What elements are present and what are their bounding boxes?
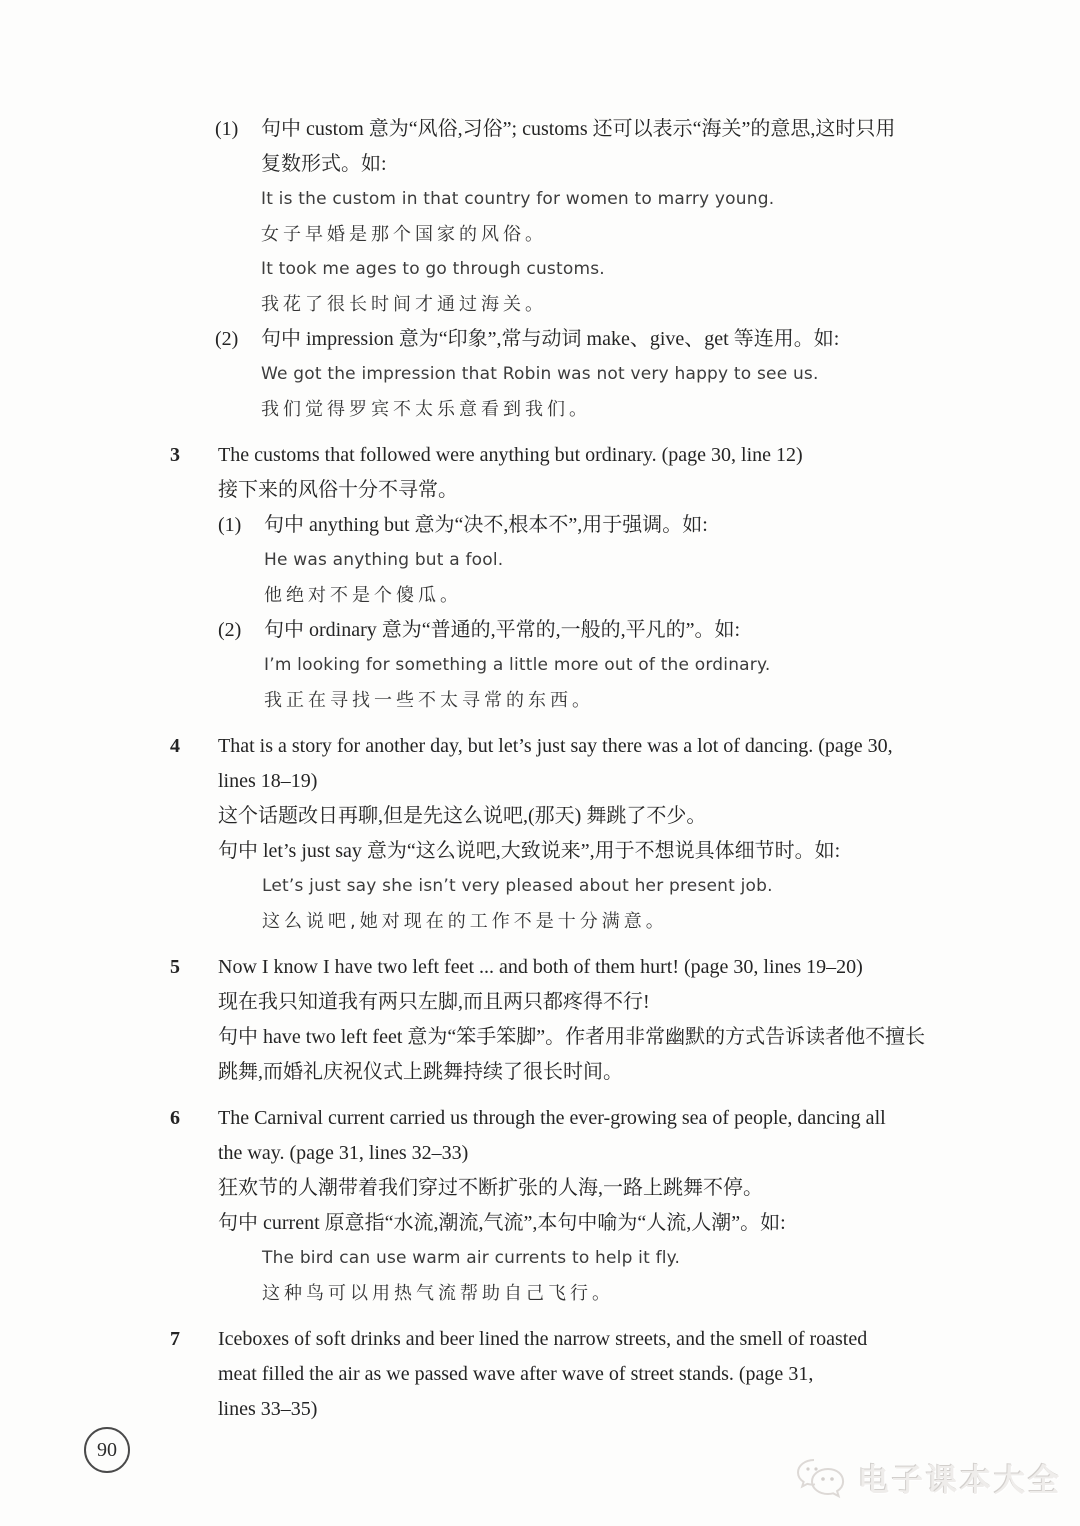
- numbered-item-3: 3 The customs that followed were anythin…: [170, 438, 945, 718]
- source-sentence: meat filled the air as we passed wave af…: [218, 1357, 945, 1392]
- item-number: 3: [170, 438, 218, 718]
- explanation-text: 跳舞,而婚礼庆祝仪式上跳舞持续了很长时间。: [218, 1055, 945, 1090]
- source-sentence: lines 18–19): [218, 764, 945, 799]
- subitem-ordinary: (2) 句中 ordinary 意为“普通的,平常的,一般的,平凡的”。如: I…: [218, 613, 945, 718]
- textbook-page: (1) 句中 custom 意为“风俗,习俗”; customs 还可以表示“海…: [0, 0, 1080, 1526]
- numbered-item-5: 5 Now I know I have two left feet ... an…: [170, 950, 945, 1090]
- subitem-marker: (2): [218, 613, 264, 718]
- sentence-translation: 这个话题改日再聊,但是先这么说吧,(那天) 舞跳了不少。: [218, 799, 945, 834]
- example-sentence-en: We got the impression that Robin was not…: [261, 357, 945, 392]
- explanation-text: 句中 custom 意为“风俗,习俗”; customs 还可以表示“海关”的意…: [261, 112, 945, 147]
- example-sentence-en: He was anything but a fool.: [264, 543, 945, 578]
- numbered-item-6: 6 The Carnival current carried us throug…: [170, 1101, 945, 1311]
- example-sentence-en: I’m looking for something a little more …: [264, 648, 945, 683]
- numbered-item-4: 4 That is a story for another day, but l…: [170, 729, 945, 939]
- explanation-text: 句中 have two left feet 意为“笨手笨脚”。作者用非常幽默的方…: [218, 1020, 945, 1055]
- explanation-text: 句中 anything but 意为“决不,根本不”,用于强调。如:: [264, 508, 945, 543]
- numbered-item-7: 7 Iceboxes of soft drinks and beer lined…: [170, 1322, 945, 1427]
- example-sentence-zh: 我花了很长时间才通过海关。: [261, 287, 945, 322]
- source-sentence: That is a story for another day, but let…: [218, 729, 945, 764]
- subitem-marker: (1): [215, 112, 261, 322]
- sentence-translation: 狂欢节的人潮带着我们穿过不断扩张的人海,一路上跳舞不停。: [218, 1171, 945, 1206]
- explanation-text: 句中 ordinary 意为“普通的,平常的,一般的,平凡的”。如:: [264, 613, 945, 648]
- subitem-custom: (1) 句中 custom 意为“风俗,习俗”; customs 还可以表示“海…: [215, 112, 945, 322]
- example-sentence-en: It took me ages to go through customs.: [261, 252, 945, 287]
- item-number: 6: [170, 1101, 218, 1311]
- page-content: (1) 句中 custom 意为“风俗,习俗”; customs 还可以表示“海…: [170, 112, 945, 1427]
- example-sentence-en: The bird can use warm air currents to he…: [262, 1241, 945, 1276]
- example-sentence-en: It is the custom in that country for wom…: [261, 182, 945, 217]
- watermark-label: 电子课本大全: [858, 1455, 1062, 1500]
- page-number: 90: [97, 1439, 117, 1462]
- source-sentence: the way. (page 31, lines 32–33): [218, 1136, 945, 1171]
- item-number: 5: [170, 950, 218, 1090]
- item-number: 4: [170, 729, 218, 939]
- subitem-impression: (2) 句中 impression 意为“印象”,常与动词 make、give、…: [215, 322, 945, 427]
- source-sentence: lines 33–35): [218, 1392, 945, 1427]
- page-number-badge: 90: [84, 1427, 130, 1473]
- example-sentence-zh: 这么说吧,她对现在的工作不是十分满意。: [262, 904, 945, 939]
- source-sentence: The Carnival current carried us through …: [218, 1101, 945, 1136]
- watermark: 电子课本大全: [794, 1455, 1062, 1500]
- wechat-icon: [794, 1456, 850, 1500]
- subitem-marker: (2): [215, 322, 261, 427]
- example-sentence-zh: 我正在寻找一些不太寻常的东西。: [264, 683, 945, 718]
- example-sentence-zh: 我们觉得罗宾不太乐意看到我们。: [261, 392, 945, 427]
- sentence-translation: 接下来的风俗十分不寻常。: [218, 473, 945, 508]
- source-sentence: The customs that followed were anything …: [218, 438, 945, 473]
- source-sentence: Iceboxes of soft drinks and beer lined t…: [218, 1322, 945, 1357]
- sentence-translation: 现在我只知道我有两只左脚,而且两只都疼得不行!: [218, 985, 945, 1020]
- explanation-text: 句中 let’s just say 意为“这么说吧,大致说来”,用于不想说具体细…: [218, 834, 945, 869]
- item-number: 7: [170, 1322, 218, 1427]
- subitem-anything-but: (1) 句中 anything but 意为“决不,根本不”,用于强调。如: H…: [218, 508, 945, 613]
- example-sentence-zh: 这种鸟可以用热气流帮助自己飞行。: [262, 1276, 945, 1311]
- explanation-text: 句中 impression 意为“印象”,常与动词 make、give、get …: [261, 322, 945, 357]
- example-sentence-en: Let’s just say she isn’t very pleased ab…: [262, 869, 945, 904]
- example-sentence-zh: 女子早婚是那个国家的风俗。: [261, 217, 945, 252]
- explanation-text: 复数形式。如:: [261, 147, 945, 182]
- example-sentence-zh: 他绝对不是个傻瓜。: [264, 578, 945, 613]
- explanation-text: 句中 current 原意指“水流,潮流,气流”,本句中喻为“人流,人潮”。如:: [218, 1206, 945, 1241]
- subitem-marker: (1): [218, 508, 264, 613]
- source-sentence: Now I know I have two left feet ... and …: [218, 950, 945, 985]
